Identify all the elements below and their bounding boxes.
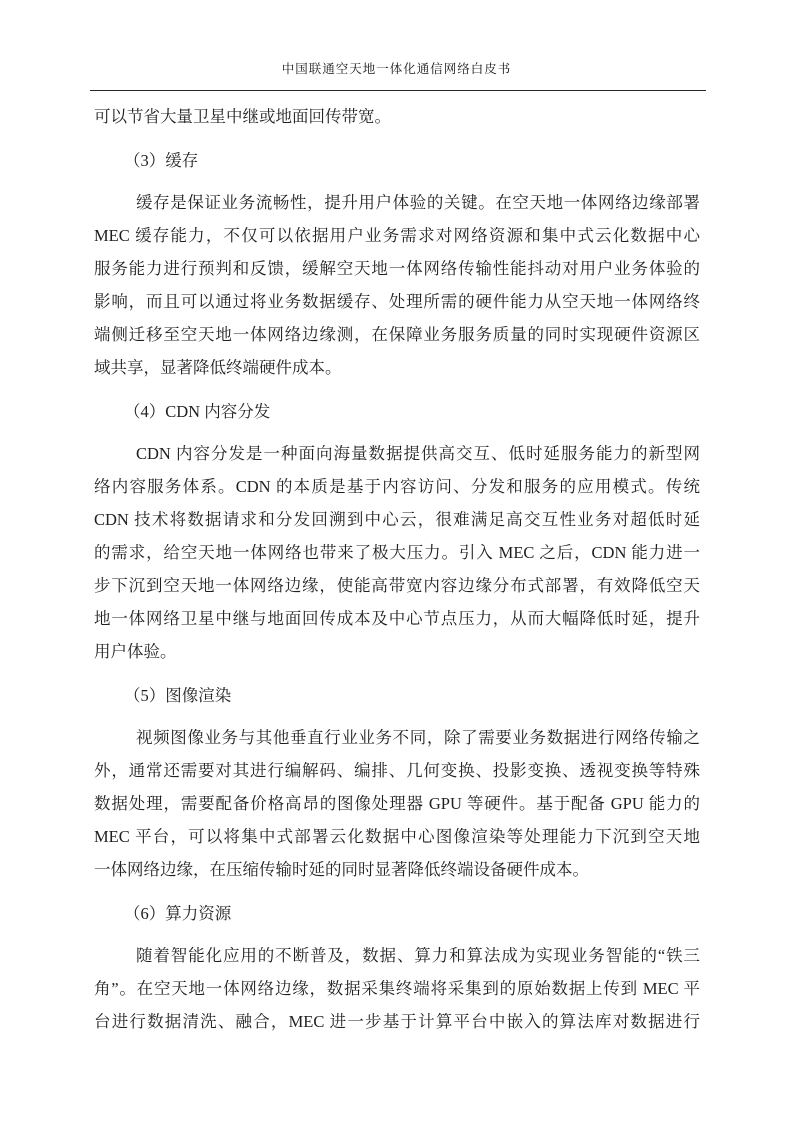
text-line: 缓存是保证业务流畅性，提升用户体验的关键。在空天地一体网络边缘部署 bbox=[94, 186, 700, 219]
text-line: 外，通常还需要对其进行编解码、编排、几何变换、投影变换、透视变换等特殊 bbox=[94, 754, 700, 787]
text-line: 的需求，给空天地一体网络也带来了极大压力。引入 MEC 之后，CDN 能力进一 bbox=[94, 536, 700, 569]
text-line: 影响，而且可以通过将业务数据缓存、处理所需的硬件能力从空天地一体网络终 bbox=[94, 285, 700, 318]
section-heading: （3）缓存 bbox=[94, 144, 700, 177]
text-line: MEC 平台，可以将集中式部署云化数据中心图像渲染等处理能力下沉到空天地 bbox=[94, 820, 700, 853]
paragraph: 视频图像业务与其他垂直行业业务不同，除了需要业务数据进行网络传输之外，通常还需要… bbox=[94, 721, 700, 886]
section-heading: （4）CDN 内容分发 bbox=[94, 395, 700, 428]
text-line: 域共享，显著降低终端硬件成本。 bbox=[94, 351, 700, 384]
document-body: 可以节省大量卫星中继或地面回传带宽。（3）缓存缓存是保证业务流畅性，提升用户体验… bbox=[94, 100, 700, 1038]
paragraph: 可以节省大量卫星中继或地面回传带宽。 bbox=[94, 100, 700, 133]
text-line: MEC 缓存能力，不仅可以依据用户业务需求对网络资源和集中式云化数据中心 bbox=[94, 219, 700, 252]
text-line: 随着智能化应用的不断普及，数据、算力和算法成为实现业务智能的“铁三 bbox=[94, 939, 700, 972]
text-line: 一体网络边缘，在压缩传输时延的同时显著降低终端设备硬件成本。 bbox=[94, 853, 700, 886]
text-line: 台进行数据清洗、融合，MEC 进一步基于计算平台中嵌入的算法库对数据进行 bbox=[94, 1005, 700, 1038]
text-line: CDN 内容分发是一种面向海量数据提供高交互、低时延服务能力的新型网 bbox=[94, 437, 700, 470]
header-rule bbox=[90, 90, 706, 91]
text-line: 端侧迁移至空天地一体网络边缘测，在保障业务服务质量的同时实现硬件资源区 bbox=[94, 318, 700, 351]
text-line: 角”。在空天地一体网络边缘，数据采集终端将采集到的原始数据上传到 MEC 平 bbox=[94, 972, 700, 1005]
paragraph: CDN 内容分发是一种面向海量数据提供高交互、低时延服务能力的新型网络内容服务体… bbox=[94, 437, 700, 668]
text-line: 用户体验。 bbox=[94, 635, 700, 668]
text-line: 络内容服务体系。CDN 的本质是基于内容访问、分发和服务的应用模式。传统 bbox=[94, 470, 700, 503]
paragraph: 随着智能化应用的不断普及，数据、算力和算法成为实现业务智能的“铁三角”。在空天地… bbox=[94, 939, 700, 1038]
page: 中国联通空天地一体化通信网络白皮书 可以节省大量卫星中继或地面回传带宽。（3）缓… bbox=[0, 0, 793, 1122]
text-line: 可以节省大量卫星中继或地面回传带宽。 bbox=[94, 100, 700, 133]
running-header: 中国联通空天地一体化通信网络白皮书 bbox=[0, 0, 793, 77]
text-line: 数据处理，需要配备价格高昂的图像处理器 GPU 等硬件。基于配备 GPU 能力的 bbox=[94, 787, 700, 820]
section-heading: （6）算力资源 bbox=[94, 897, 700, 930]
text-line: 服务能力进行预判和反馈，缓解空天地一体网络传输性能抖动对用户业务体验的 bbox=[94, 252, 700, 285]
section-heading: （5）图像渲染 bbox=[94, 679, 700, 712]
text-line: CDN 技术将数据请求和分发回溯到中心云，很难满足高交互性业务对超低时延 bbox=[94, 503, 700, 536]
paragraph: 缓存是保证业务流畅性，提升用户体验的关键。在空天地一体网络边缘部署MEC 缓存能… bbox=[94, 186, 700, 384]
text-line: 视频图像业务与其他垂直行业业务不同，除了需要业务数据进行网络传输之 bbox=[94, 721, 700, 754]
header-title: 中国联通空天地一体化通信网络白皮书 bbox=[282, 62, 512, 76]
text-line: 地一体网络卫星中继与地面回传成本及中心节点压力，从而大幅降低时延，提升 bbox=[94, 602, 700, 635]
text-line: 步下沉到空天地一体网络边缘，使能高带宽内容边缘分布式部署，有效降低空天 bbox=[94, 569, 700, 602]
